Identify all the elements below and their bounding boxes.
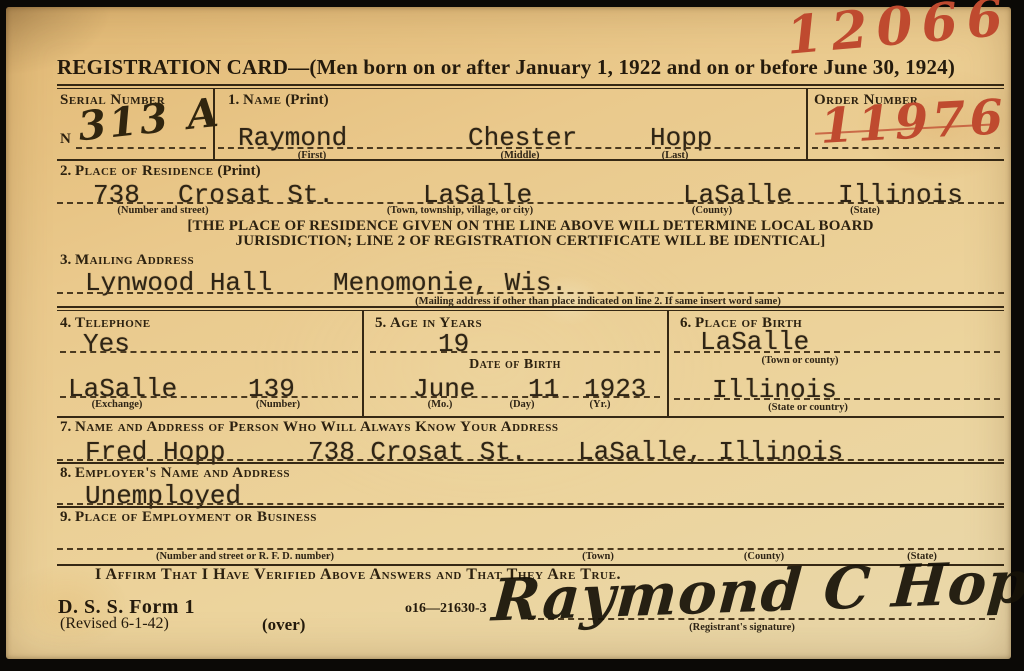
employment-section-text: Place of Employment or Business — [75, 509, 317, 525]
name-section-label: 1. Name (Print) — [228, 92, 329, 109]
row-rule — [57, 416, 1004, 418]
age-section-number: 5. — [375, 315, 386, 331]
age-value: 19 — [438, 329, 469, 359]
caption-county: (County) — [692, 205, 732, 216]
mailing-section-text: Mailing Address — [75, 252, 194, 268]
over-note: (over) — [262, 615, 305, 635]
contact-section-number: 7. — [60, 419, 71, 435]
row-rule — [57, 159, 1004, 161]
form-revision: (Revised 6-1-42) — [60, 615, 169, 633]
caption-number-street: (Number and street) — [117, 205, 208, 216]
birth-entry-line2 — [674, 398, 1000, 400]
residence-section-label: 2. Place of Residence (Print) — [60, 163, 261, 180]
telephone-answer: Yes — [83, 329, 130, 359]
birth-entry-line1 — [674, 351, 1000, 353]
registrant-signature: Raymond C Hopp. — [490, 545, 1024, 634]
age-entry-line — [370, 351, 660, 353]
name-entry-line — [218, 147, 800, 149]
caption-state: (State) — [850, 205, 880, 216]
mailing-section-label: 3. Mailing Address — [60, 252, 194, 269]
birth-section-number: 6. — [680, 315, 691, 331]
caption-month: (Mo.) — [428, 399, 453, 410]
dob-label: Date of Birth — [370, 357, 660, 373]
telephone-entry-line1 — [60, 351, 358, 353]
row-rule — [57, 506, 1004, 508]
residence-section-number: 2. — [60, 163, 71, 179]
title-rule-thin — [57, 88, 1004, 89]
column-divider — [362, 311, 364, 416]
card-title: REGISTRATION CARD—(Men born on or after … — [57, 55, 955, 80]
column-divider — [806, 88, 808, 160]
name-section-text: Name — [243, 92, 282, 108]
contact-section-label: 7. Name and Address of Person Who Will A… — [60, 419, 559, 436]
caption-number: (Number) — [256, 399, 300, 410]
dob-entry-line — [370, 396, 660, 398]
column-divider — [667, 311, 669, 416]
telephone-section-number: 4. — [60, 315, 71, 331]
employment-section-label: 9. Place of Employment or Business — [60, 509, 317, 526]
telephone-entry-line2 — [60, 396, 358, 398]
jurisdiction-notice-line2: JURISDICTION; LINE 2 OF REGISTRATION CER… — [57, 233, 1004, 250]
residence-entry-line — [57, 202, 1004, 204]
birth-state: Illinois — [712, 375, 837, 405]
row-rule — [57, 462, 1004, 464]
contact-section-text: Name and Address of Person Who Will Alwa… — [75, 419, 559, 435]
employment-entry-line — [57, 548, 1004, 550]
caption-birth-town: (Town or county) — [761, 355, 838, 366]
caption-employment-town: (Town) — [582, 551, 614, 562]
name-section-suffix: (Print) — [285, 92, 328, 108]
order-number-value: 11976 — [819, 89, 1009, 155]
mailing-section-number: 3. — [60, 252, 71, 268]
title-rule-heavy — [57, 84, 1004, 86]
mailing-rule-thin — [57, 310, 1004, 311]
scanned-registration-card: 12066 REGISTRATION CARD—(Men born on or … — [0, 0, 1024, 671]
caption-day: (Day) — [509, 399, 534, 410]
mailing-rule-heavy — [57, 306, 1004, 308]
caption-exchange: (Exchange) — [92, 399, 143, 410]
contact-entry-line — [57, 459, 1004, 461]
print-code: o16—21630-3 — [405, 601, 487, 617]
residence-section-text: Place of Residence — [75, 163, 214, 179]
employer-entry-line — [57, 503, 1004, 505]
serial-prefix: N — [60, 131, 71, 148]
employer-section-text: Employer's Name and Address — [75, 465, 290, 481]
employer-section-number: 8. — [60, 465, 71, 481]
caption-town: (Town, township, village, or city) — [387, 205, 533, 216]
caption-birth-state: (State or country) — [768, 402, 848, 413]
employment-section-number: 9. — [60, 509, 71, 525]
caption-employment-street: (Number and street or R. F. D. number) — [156, 551, 334, 562]
mailing-entry-line — [57, 292, 1004, 294]
residence-section-suffix: (Print) — [217, 163, 260, 179]
caption-year: (Yr.) — [590, 399, 611, 410]
name-section-number: 1. — [228, 92, 239, 108]
employer-section-label: 8. Employer's Name and Address — [60, 465, 290, 482]
